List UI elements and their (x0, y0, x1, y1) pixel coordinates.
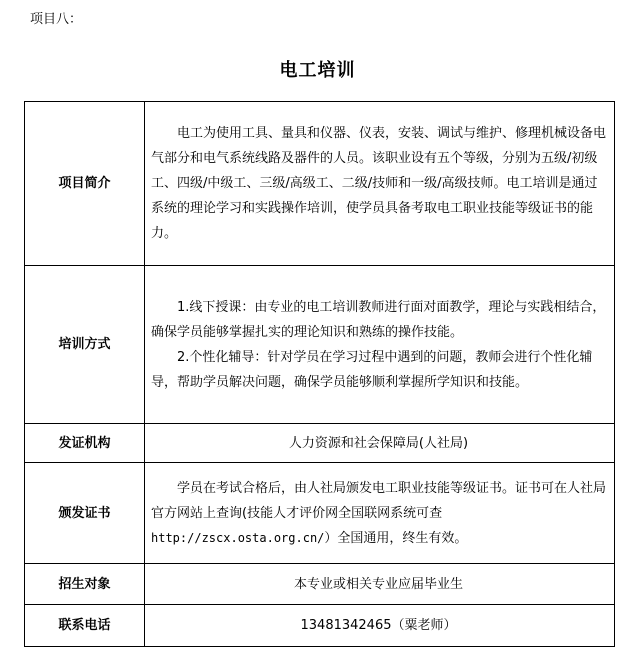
certificate-text: 学员在考试合格后，由人社局颁发电工职业技能等级证书。证书可在人社局官方网站上查询… (151, 481, 606, 521)
certificate-text-end: ）全国通用，终生有效。 (324, 531, 467, 546)
intro-content: 电工为使用工具、量具和仪器、仪表，安装、调试与维护、修理机械设备电气部分和电气系… (145, 102, 615, 266)
row-label: 招生对象 (25, 564, 145, 605)
contact-phone-value: 13481342465（粟老师） (145, 605, 615, 647)
table-row-contact-phone: 联系电话 13481342465（粟老师） (25, 605, 615, 647)
enrollment-target-value: 本专业或相关专业应届毕业生 (145, 564, 615, 605)
intro-paragraph: 电工为使用工具、量具和仪器、仪表，安装、调试与维护、修理机械设备电气部分和电气系… (151, 121, 606, 246)
table-row-intro: 项目简介 电工为使用工具、量具和仪器、仪表，安装、调试与维护、修理机械设备电气部… (25, 102, 615, 266)
certificate-content: 学员在考试合格后，由人社局颁发电工职业技能等级证书。证书可在人社局官方网站上查询… (145, 463, 615, 564)
row-label: 联系电话 (25, 605, 145, 647)
project-number-label: 项目八： (30, 8, 82, 27)
page-title: 电工培训 (0, 56, 635, 82)
row-label: 培训方式 (25, 266, 145, 424)
training-method-content: 1.线下授课：由专业的电工培训教师进行面对面教学，理论与实践相结合，确保学员能够… (145, 266, 615, 424)
table-row-training-method: 培训方式 1.线下授课：由专业的电工培训教师进行面对面教学，理论与实践相结合，确… (25, 266, 615, 424)
issuer-value: 人力资源和社会保障局(人社局) (145, 424, 615, 463)
certificate-paragraph: 学员在考试合格后，由人社局颁发电工职业技能等级证书。证书可在人社局官方网站上查询… (151, 476, 606, 551)
row-label: 项目简介 (25, 102, 145, 266)
table-row-issuer: 发证机构 人力资源和社会保障局(人社局) (25, 424, 615, 463)
row-label: 发证机构 (25, 424, 145, 463)
query-url-link[interactable]: http://zscx.osta.org.cn/ (151, 531, 324, 545)
info-table: 项目简介 电工为使用工具、量具和仪器、仪表，安装、调试与维护、修理机械设备电气部… (24, 101, 615, 647)
row-label: 颁发证书 (25, 463, 145, 564)
table-row-enrollment-target: 招生对象 本专业或相关专业应届毕业生 (25, 564, 615, 605)
method-tutoring-paragraph: 2.个性化辅导：针对学员在学习过程中遇到的问题，教师会进行个性化辅导，帮助学员解… (151, 345, 606, 395)
table-row-certificate: 颁发证书 学员在考试合格后，由人社局颁发电工职业技能等级证书。证书可在人社局官方… (25, 463, 615, 564)
method-offline-paragraph: 1.线下授课：由专业的电工培训教师进行面对面教学，理论与实践相结合，确保学员能够… (151, 295, 606, 345)
